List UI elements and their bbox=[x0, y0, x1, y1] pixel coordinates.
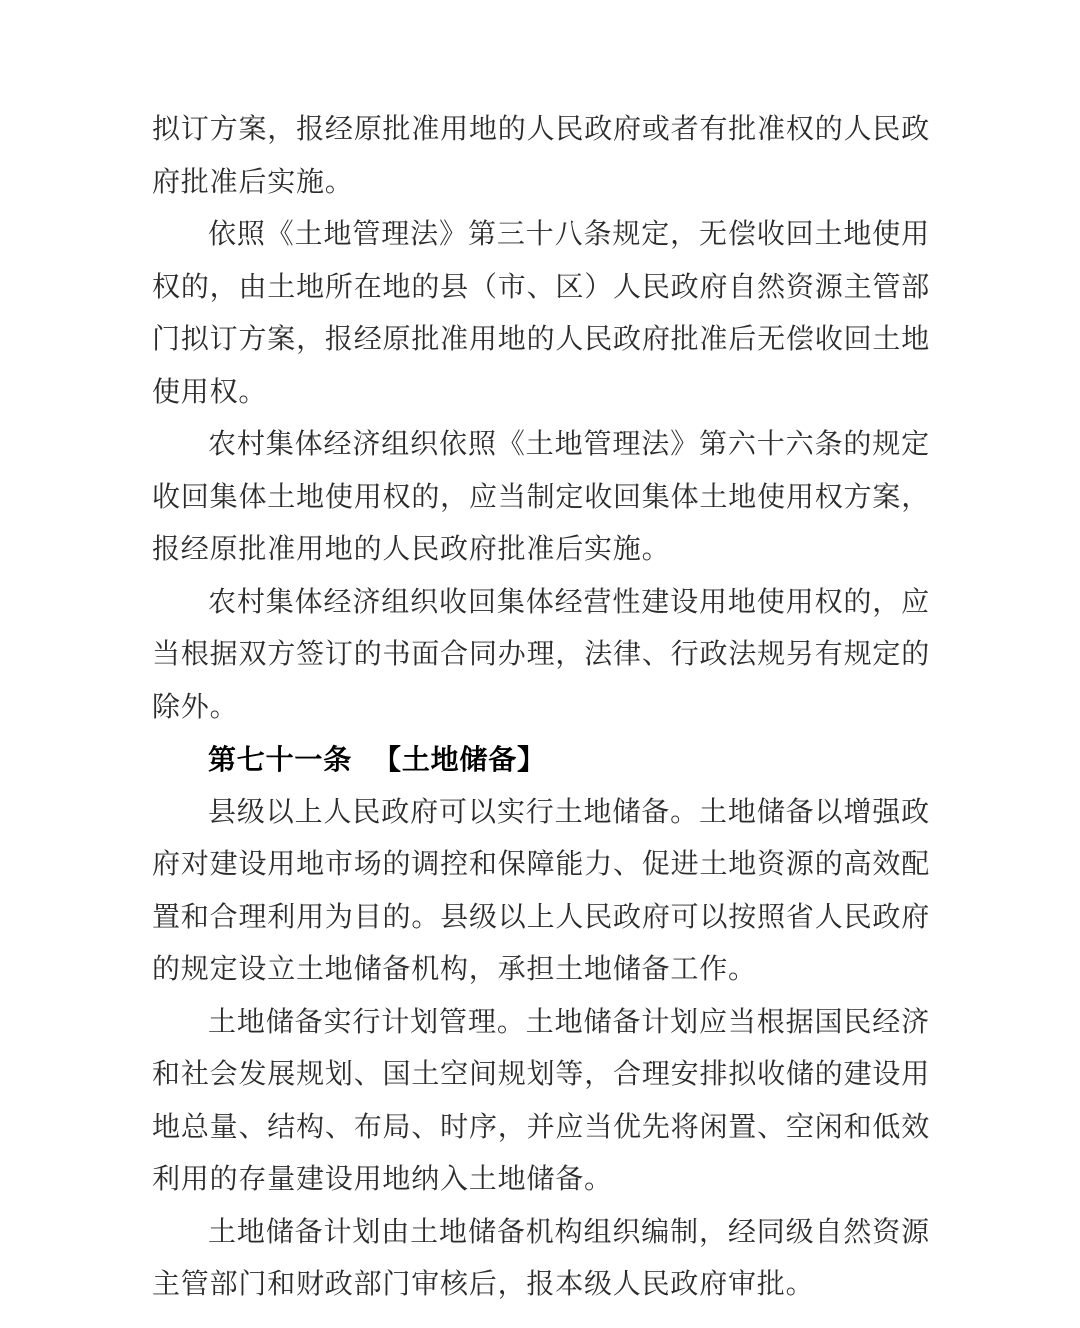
document-page: 拟订方案，报经原批准用地的人民政府或者有批准权的人民政府批准后实施。 依照《土地… bbox=[0, 0, 1080, 1328]
paragraph-continuation: 拟订方案，报经原批准用地的人民政府或者有批准权的人民政府批准后实施。 bbox=[152, 104, 930, 209]
paragraph: 土地储备计划由土地储备机构组织编制，经同级自然资源主管部门和财政部门审核后，报本… bbox=[152, 1207, 930, 1312]
paragraph: 农村集体经济组织依照《土地管理法》第六十六条的规定收回集体土地使用权的，应当制定… bbox=[152, 419, 930, 577]
article-number: 第七十一条 bbox=[208, 744, 352, 775]
paragraph: 依照《土地管理法》第三十八条规定，无偿收回土地使用权的，由土地所在地的县（市、区… bbox=[152, 209, 930, 419]
paragraph: 县级以上人民政府可以实行土地储备。土地储备以增强政府对建设用地市场的调控和保障能… bbox=[152, 787, 930, 997]
paragraph: 土地储备实行计划管理。土地储备计划应当根据国民经济和社会发展规划、国土空间规划等… bbox=[152, 997, 930, 1207]
article-heading: 第七十一条【土地储备】 bbox=[152, 734, 930, 787]
document-content: 拟订方案，报经原批准用地的人民政府或者有批准权的人民政府批准后实施。 依照《土地… bbox=[152, 104, 930, 1312]
paragraph: 农村集体经济组织收回集体经营性建设用地使用权的，应当根据双方签订的书面合同办理，… bbox=[152, 577, 930, 735]
article-title: 【土地储备】 bbox=[373, 744, 546, 775]
